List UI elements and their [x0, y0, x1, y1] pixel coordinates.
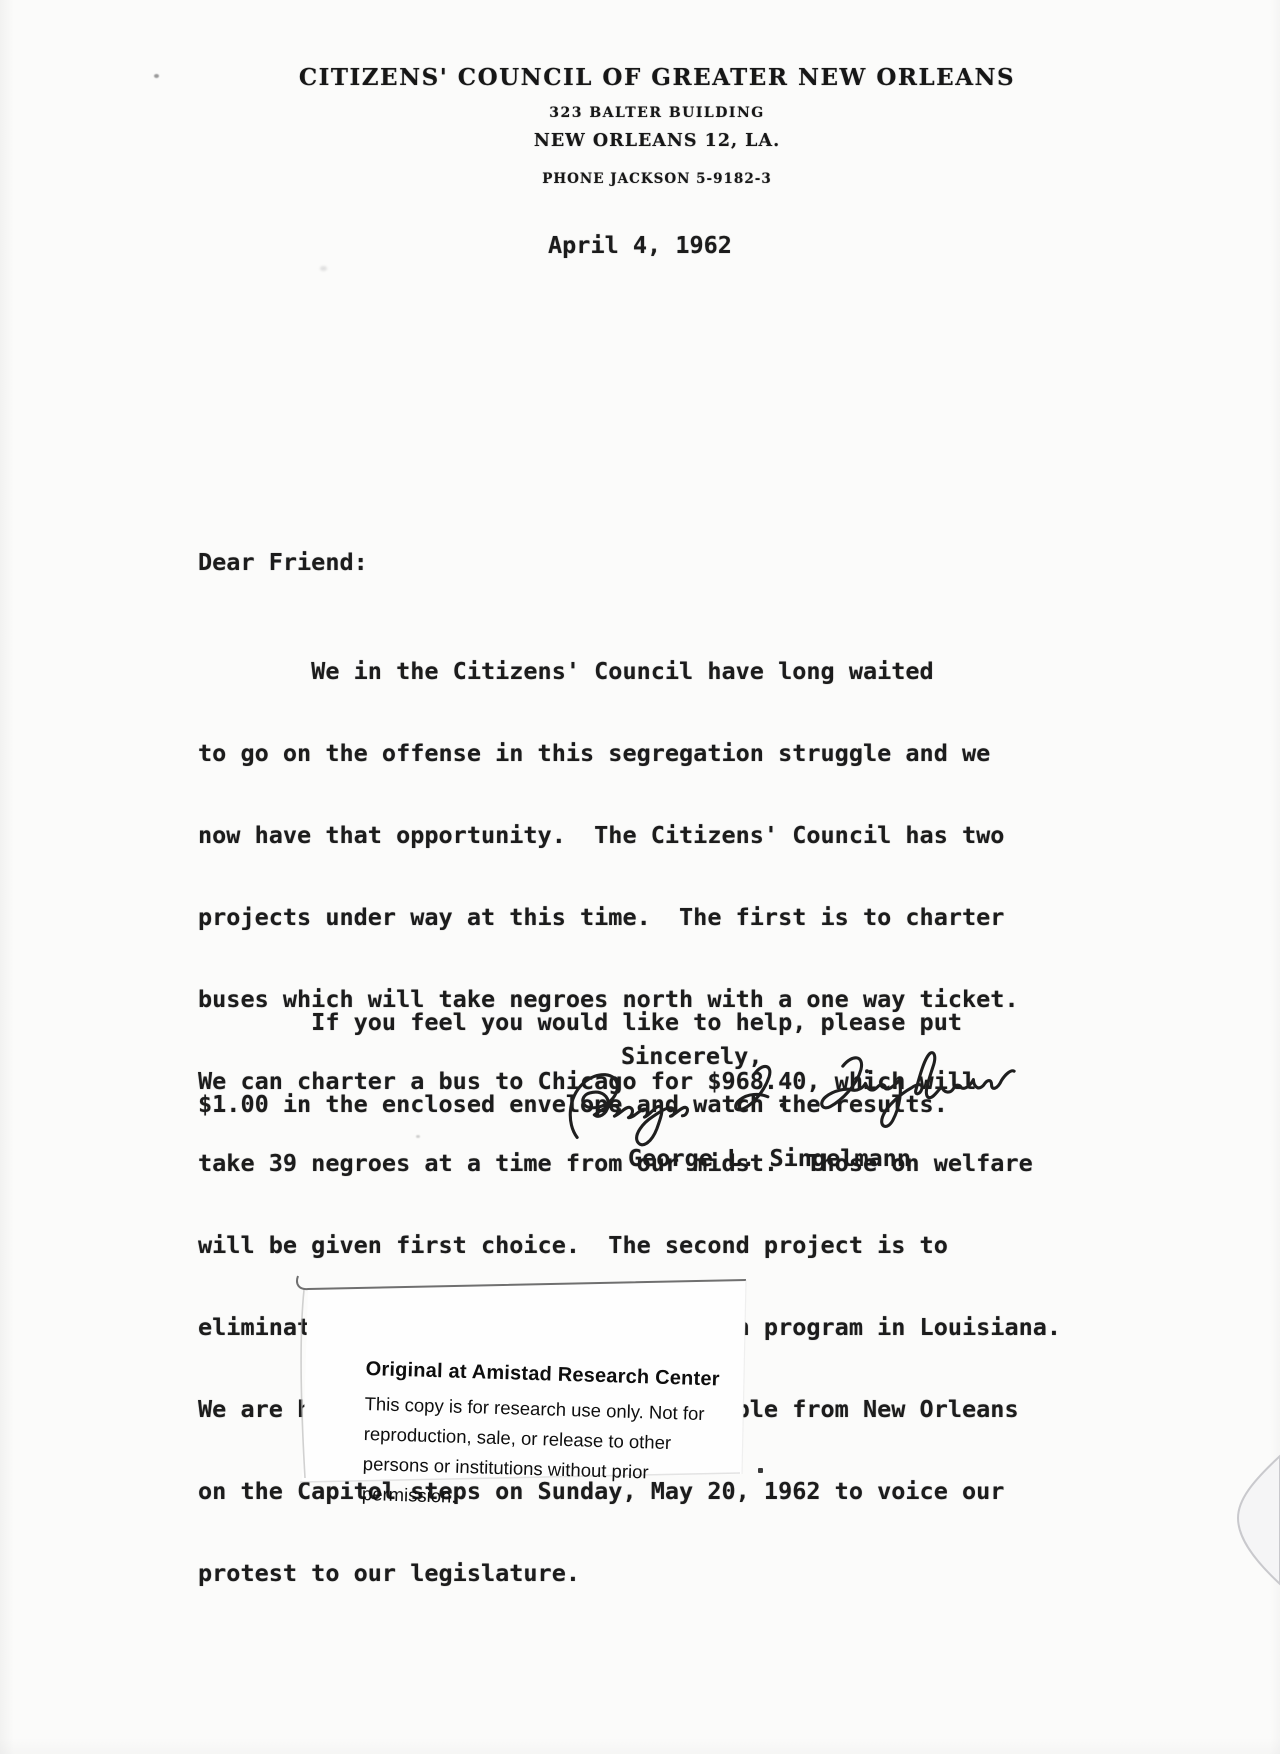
letter-body-line: now have that opportunity. The Citizens'…	[198, 822, 1061, 849]
letter-body-line: protest to our legislature.	[198, 1560, 1061, 1587]
stamp-text: Original at Amistad Research Center This…	[362, 1358, 766, 1521]
salutation: Dear Friend:	[198, 548, 368, 576]
page-curl-mark	[1232, 1452, 1280, 1592]
letter-body-line: projects under way at this time. The fir…	[198, 904, 1061, 931]
scanned-letter-page: CITIZENS' COUNCIL OF GREATER NEW ORLEANS…	[0, 0, 1280, 1754]
letterhead-city: NEW ORLEANS 12, LA.	[157, 131, 1157, 151]
letter-body-line: We in the Citizens' Council have long wa…	[198, 658, 1061, 685]
scan-speck	[154, 74, 159, 78]
typed-signature-name: George L. Singelmann	[628, 1144, 911, 1172]
letter-body-line: to go on the offense in this segregation…	[198, 740, 1061, 767]
letter-body-line: If you feel you would like to help, plea…	[198, 1009, 962, 1036]
date-line: April 4, 1962	[548, 231, 732, 259]
archive-stamp-slip: Original at Amistad Research Center This…	[290, 1258, 760, 1503]
letterhead-org-name: CITIZENS' COUNCIL OF GREATER NEW ORLEANS	[157, 64, 1157, 91]
letterhead-phone: PHONE JACKSON 5-9182-3	[157, 171, 1157, 187]
scan-speck	[320, 266, 327, 271]
scan-speck	[416, 1135, 420, 1138]
letter-body-line: will be given first choice. The second p…	[198, 1232, 1061, 1259]
letterhead-address: 323 BALTER BUILDING	[157, 105, 1157, 121]
scan-speck	[758, 1468, 763, 1473]
